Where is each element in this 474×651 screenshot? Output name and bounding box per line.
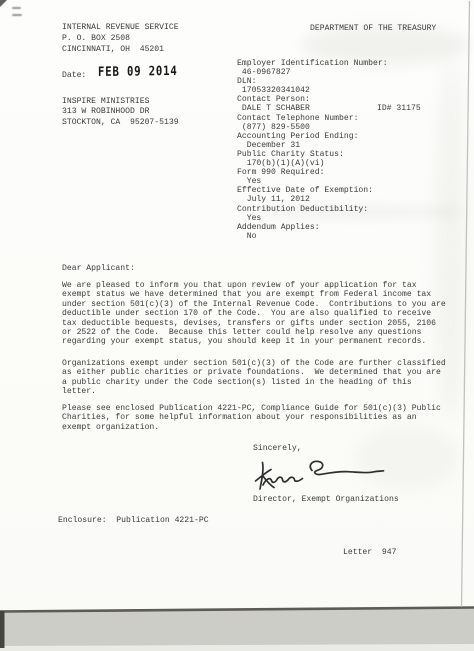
body-paragraph: We are pleased to inform you that upon r… xyxy=(62,281,446,347)
body-paragraph: Please see enclosed Publication 4221-PC,… xyxy=(62,404,441,432)
recipient-address: INSPIRE MINISTRIES 313 W ROBINHOOD DR ST… xyxy=(62,97,179,128)
scan-dash-mark xyxy=(12,14,22,16)
sender-address: INTERNAL REVENUE SERVICE P. O. BOX 2508 … xyxy=(62,22,179,55)
determination-info-list: Employer Identification Number: 46-09678… xyxy=(237,59,388,241)
scan-dash-mark xyxy=(12,7,21,9)
signature-scribble xyxy=(246,450,388,494)
salutation: Dear Applicant: xyxy=(62,264,135,273)
contact-id-number: ID# 31175 xyxy=(377,104,421,113)
date-label: Date: xyxy=(62,71,86,80)
department-title: DEPARTMENT OF THE TREASURY xyxy=(310,24,436,33)
date-stamp: FEB 09 2014 xyxy=(98,64,178,80)
enclosure-note: Enclosure: Publication 4221-PC xyxy=(58,516,209,525)
signer-title: Director, Exempt Organizations xyxy=(253,495,399,504)
body-paragraph: Organizations exempt under section 501(c… xyxy=(62,359,446,397)
letter-number: Letter 947 xyxy=(343,548,396,557)
scanned-irs-determination-letter: INTERNAL REVENUE SERVICE P. O. BOX 2508 … xyxy=(0,0,474,651)
